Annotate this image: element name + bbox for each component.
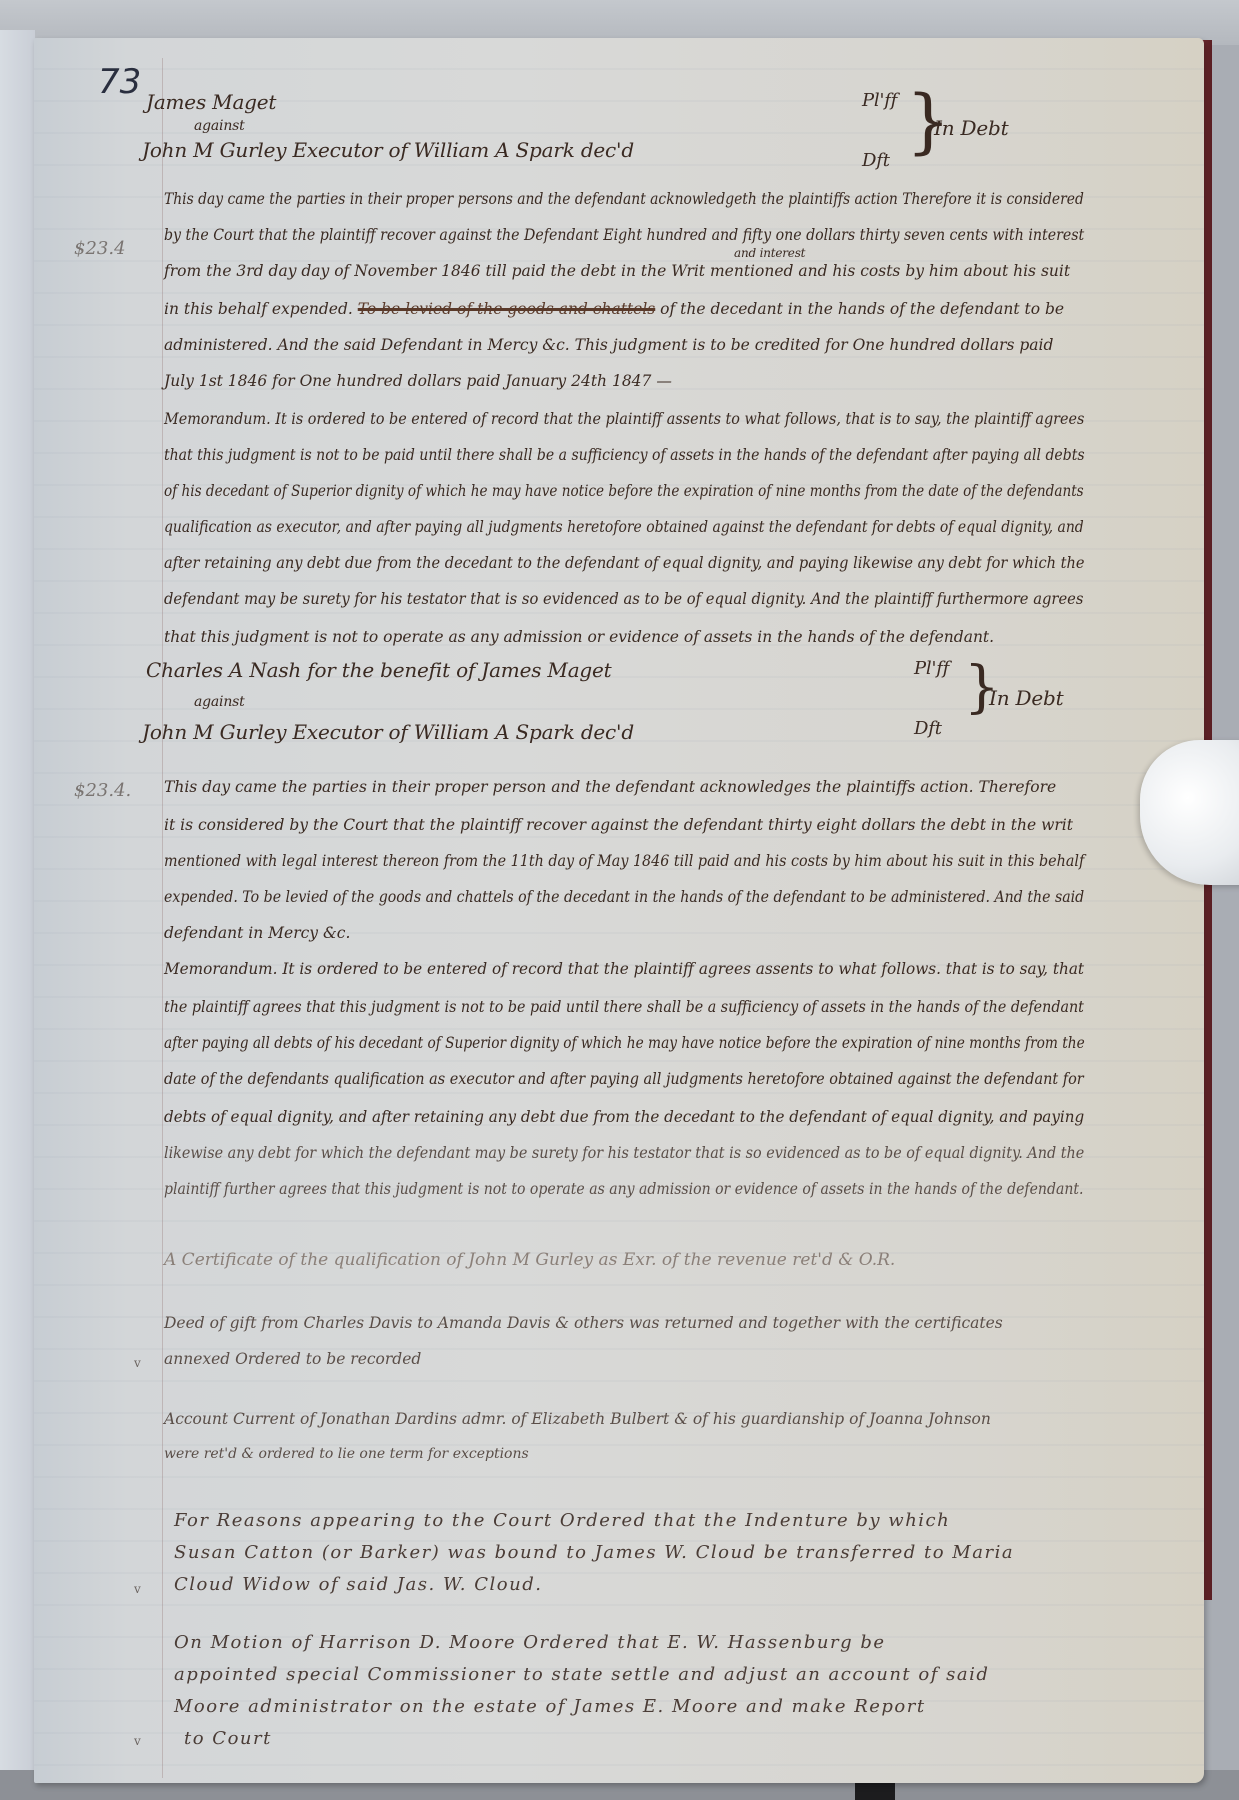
- memo-line: Memorandum. It is ordered to be entered …: [164, 410, 1084, 428]
- against-label: against: [194, 118, 245, 134]
- memo-line: after retaining any debt due from the de…: [164, 554, 1084, 572]
- plff-label: Pl'ff: [914, 658, 949, 679]
- check-mark-icon: v: [134, 1582, 141, 1596]
- entry-line: it is considered by the Court that the p…: [164, 816, 1073, 834]
- ledger-page: 73 James Maget against John M Gurley Exe…: [34, 38, 1204, 1783]
- entry-line: administered. And the said Defendant in …: [164, 336, 1053, 354]
- memo-line: qualification as executor, and after pay…: [164, 518, 1084, 536]
- entry-line: Moore administrator on the estate of Jam…: [174, 1696, 926, 1717]
- entry-line: This day came the parties in their prope…: [164, 190, 1084, 208]
- entry-line: Susan Catton (or Barker) was bound to Ja…: [174, 1542, 1014, 1563]
- entry-line: defendant in Mercy &c.: [164, 924, 350, 942]
- margin-fee-note: $23.4: [74, 238, 126, 259]
- entry-line: appointed special Commissioner to state …: [174, 1664, 989, 1685]
- memo-line: after paying all debts of his decedant o…: [164, 1034, 1085, 1052]
- entry-line: from the 3rd day day of November 1846 ti…: [164, 262, 1070, 280]
- memo-line: Memorandum. It is ordered to be entered …: [164, 960, 1084, 978]
- memo-line: date of the defendants qualification as …: [164, 1070, 1084, 1088]
- plaintiff-name: James Maget: [146, 90, 276, 114]
- plaintiff-name: Charles A Nash for the benefit of James …: [146, 658, 612, 682]
- action-type: In Debt: [989, 686, 1063, 710]
- entry-line: Deed of gift from Charles Davis to Amand…: [164, 1314, 1003, 1332]
- line-text: of the decedant in the hands of the defe…: [660, 300, 1064, 318]
- entry-line: mentioned with legal interest thereon fr…: [164, 852, 1084, 870]
- facing-page-edge: [0, 30, 36, 1790]
- entry-line: by the Court that the plaintiff recover …: [164, 226, 1084, 244]
- entry-line: expended. To be levied of the goods and …: [164, 888, 1084, 906]
- entry-line: Account Current of Jonathan Dardins admr…: [164, 1410, 991, 1428]
- plff-label: Pl'ff: [862, 90, 897, 111]
- memo-line: defendant may be surety for his testator…: [164, 590, 1083, 608]
- entry-line: Cloud Widow of said Jas. W. Cloud.: [174, 1574, 542, 1595]
- entry-line: annexed Ordered to be recorded: [164, 1350, 421, 1368]
- memo-line: debts of equal dignity, and after retain…: [164, 1108, 1084, 1126]
- dft-label: Dft: [862, 150, 890, 171]
- defendant-name: John M Gurley Executor of William A Spar…: [142, 720, 634, 744]
- insertion-note: and interest: [734, 246, 805, 260]
- action-type: In Debt: [934, 116, 1008, 140]
- margin-line: [162, 58, 163, 1778]
- memo-line: that this judgment is not to operate as …: [164, 628, 994, 646]
- against-label: against: [194, 694, 245, 710]
- check-mark-icon: v: [134, 1734, 141, 1748]
- dft-label: Dft: [914, 718, 942, 739]
- entry-line: July 1st 1846 for One hundred dollars pa…: [164, 372, 672, 390]
- memo-line: likewise any debt for which the defendan…: [164, 1144, 1084, 1162]
- entry-line: For Reasons appearing to the Court Order…: [174, 1510, 950, 1531]
- margin-fee-note: $23.4.: [74, 780, 131, 801]
- certificate-entry: A Certificate of the qualification of Jo…: [164, 1250, 895, 1270]
- check-mark-icon: v: [134, 1356, 141, 1370]
- entry-line: This day came the parties in their prope…: [164, 778, 1056, 796]
- memo-line: the plaintiff agrees that this judgment …: [164, 998, 1084, 1016]
- defendant-name: John M Gurley Executor of William A Spar…: [142, 138, 634, 162]
- memo-line: of his decedant of Superior dignity of w…: [164, 482, 1084, 500]
- memo-line: plaintiff further agrees that this judgm…: [164, 1180, 1083, 1198]
- line-text: in this behalf expended.: [164, 300, 353, 318]
- entry-line: were ret'd & ordered to lie one term for…: [164, 1446, 529, 1462]
- page-number: 73: [98, 62, 141, 102]
- entry-line-partial: in this behalf expended. To be levied of…: [164, 300, 1064, 318]
- struck-text: To be levied of the goods and chattels: [358, 300, 656, 318]
- memo-line: that this judgment is not to be paid unt…: [164, 446, 1085, 464]
- entry-line: to Court: [184, 1728, 272, 1749]
- entry-line: On Motion of Harrison D. Moore Ordered t…: [174, 1632, 886, 1653]
